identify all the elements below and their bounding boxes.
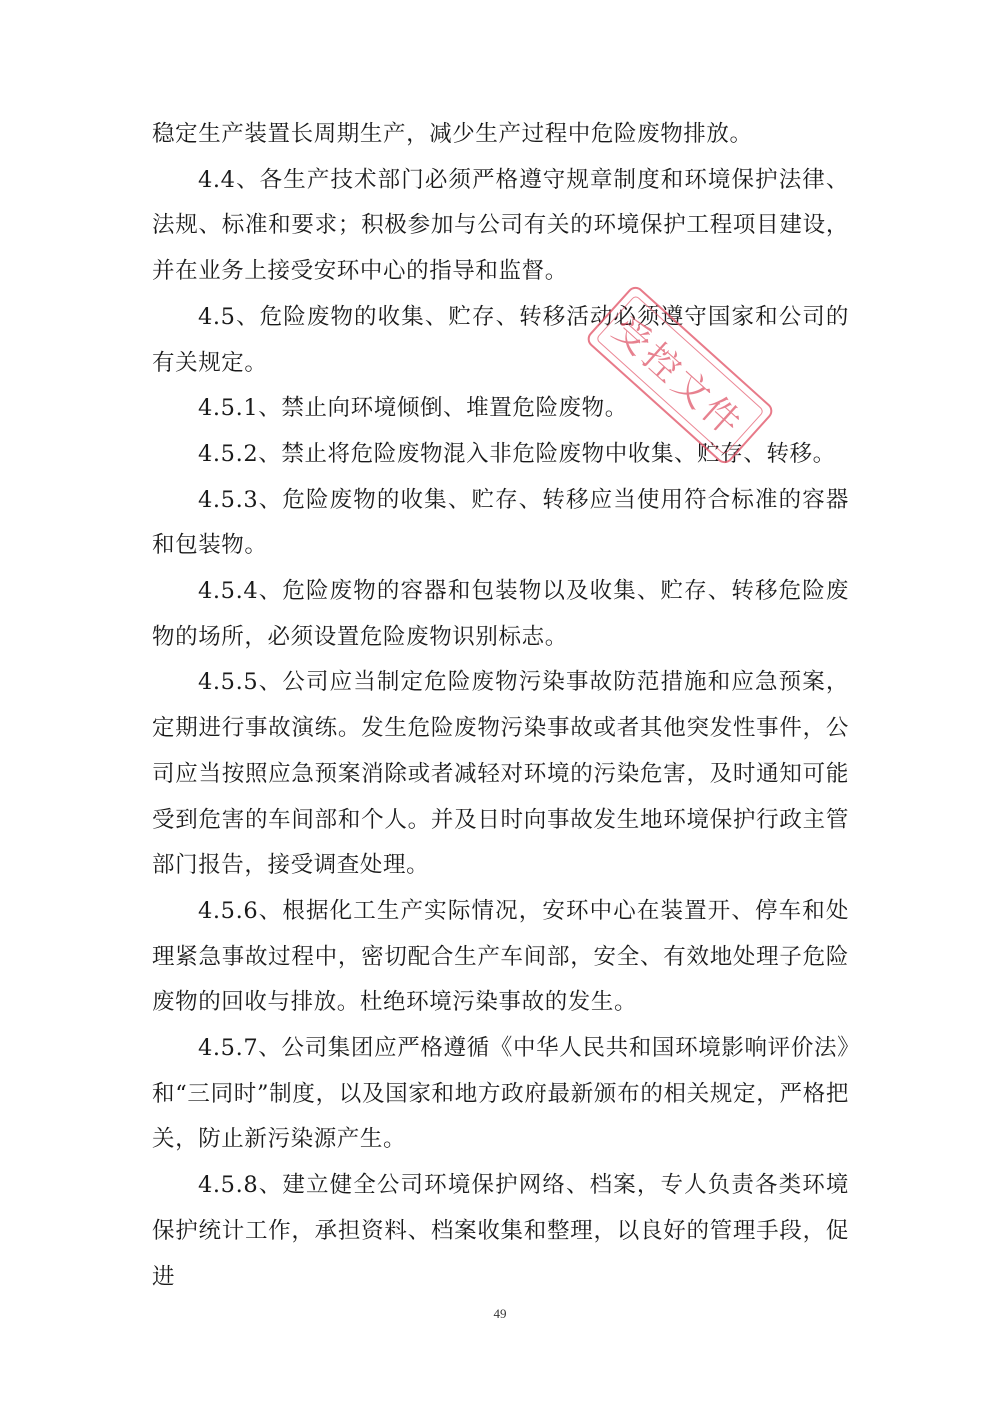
page-number: 49	[0, 1306, 1000, 1322]
paragraph-4-5: 4.5、危险废物的收集、贮存、转移活动必须遵守国家和公司的有关规定。	[152, 295, 849, 386]
document-page: 稳定生产装置长周期生产，减少生产过程中危险废物排放。 4.4、各生产技术部门必须…	[0, 0, 1000, 1413]
paragraph-4-5-8: 4.5.8、建立健全公司环境保护网络、档案，专人负责各类环境保护统计工作，承担资…	[152, 1163, 849, 1300]
body-text: 稳定生产装置长周期生产，减少生产过程中危险废物排放。 4.4、各生产技术部门必须…	[152, 112, 849, 1300]
paragraph-4-5-3: 4.5.3、危险废物的收集、贮存、转移应当使用符合标准的容器和包装物。	[152, 478, 849, 569]
paragraph-4-4: 4.4、各生产技术部门必须严格遵守规章制度和环境保护法律、法规、标准和要求；积极…	[152, 158, 849, 295]
paragraph-4-5-5: 4.5.5、公司应当制定危险废物污染事故防范措施和应急预案，定期进行事故演练。发…	[152, 660, 849, 889]
paragraph-4-5-4: 4.5.4、危险废物的容器和包装物以及收集、贮存、转移危险废物的场所，必须设置危…	[152, 569, 849, 660]
paragraph-4-5-7: 4.5.7、公司集团应严格遵循《中华人民共和国环境影响评价法》和“三同时”制度，…	[152, 1026, 849, 1163]
paragraph-continuation: 稳定生产装置长周期生产，减少生产过程中危险废物排放。	[152, 112, 849, 158]
paragraph-4-5-6: 4.5.6、根据化工生产实际情况，安环中心在装置开、停车和处理紧急事故过程中，密…	[152, 889, 849, 1026]
